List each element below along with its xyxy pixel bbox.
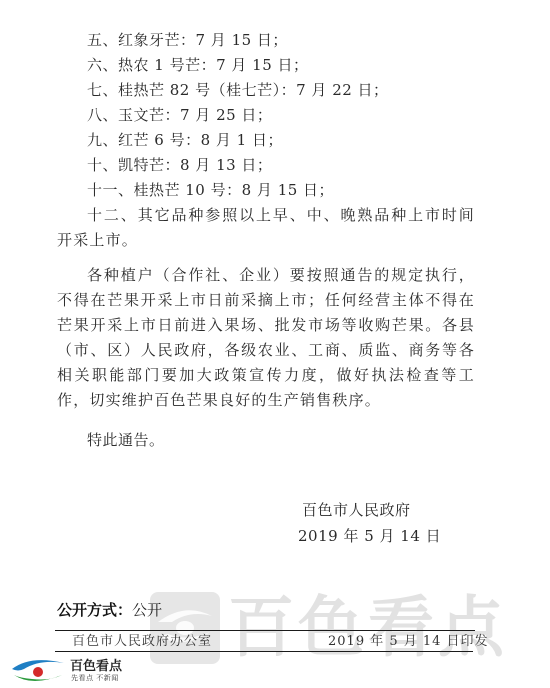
brand-name: 百色看点 (70, 655, 122, 674)
body-paragraph: 各种植户（合作社、企业）要按照通告的规定执行，不得在芒果开采上市日前采摘上市；任… (57, 263, 475, 413)
issuer-signature: 百色市人民政府 (302, 500, 411, 520)
disclosure-label: 公开方式： (57, 601, 132, 619)
schedule-item-6: 六、热农 1 号芒：7 月 15 日； (87, 55, 309, 75)
brand-logo: 百色看点 先看点 不新闻 (10, 655, 140, 687)
signature-date: 2019 年 5 月 14 日 (298, 526, 441, 546)
schedule-item-5: 五、红象牙芒：7 月 15 日； (87, 30, 288, 50)
schedule-item-10: 十、凯特芒：8 月 13 日； (87, 155, 272, 175)
disclosure-method: 公开方式：公开 (57, 600, 162, 620)
schedule-item-11: 十一、桂热芒 10 号：8 月 15 日； (87, 180, 334, 200)
schedule-item-7: 七、桂热芒 82 号（桂七芒）：7 月 22 日； (87, 80, 389, 100)
brand-slogan: 先看点 不新闻 (71, 673, 119, 683)
footer-bottom-rule (55, 651, 473, 652)
brand-swirl-icon (10, 657, 66, 685)
schedule-item-9: 九、红芒 6 号：8 月 1 日； (87, 130, 283, 150)
watermark-text: 百色看点 (228, 590, 508, 666)
closing-text: 特此通告。 (87, 430, 165, 450)
disclosure-value: 公开 (132, 601, 162, 619)
footer-issued-date: 2019 年 5 月 14 日印发 (328, 634, 489, 650)
schedule-item-8: 八、玉文芒：7 月 25 日； (87, 105, 272, 125)
schedule-item-12: 十二、其它品种参照以上早、中、晚熟品种上市时间开采上市。 (57, 203, 475, 253)
footer-top-rule (55, 630, 475, 631)
document-page: 五、红象牙芒：7 月 15 日； 六、热农 1 号芒：7 月 15 日； 七、桂… (0, 0, 550, 688)
footer-office: 百色市人民政府办公室 (72, 634, 212, 650)
